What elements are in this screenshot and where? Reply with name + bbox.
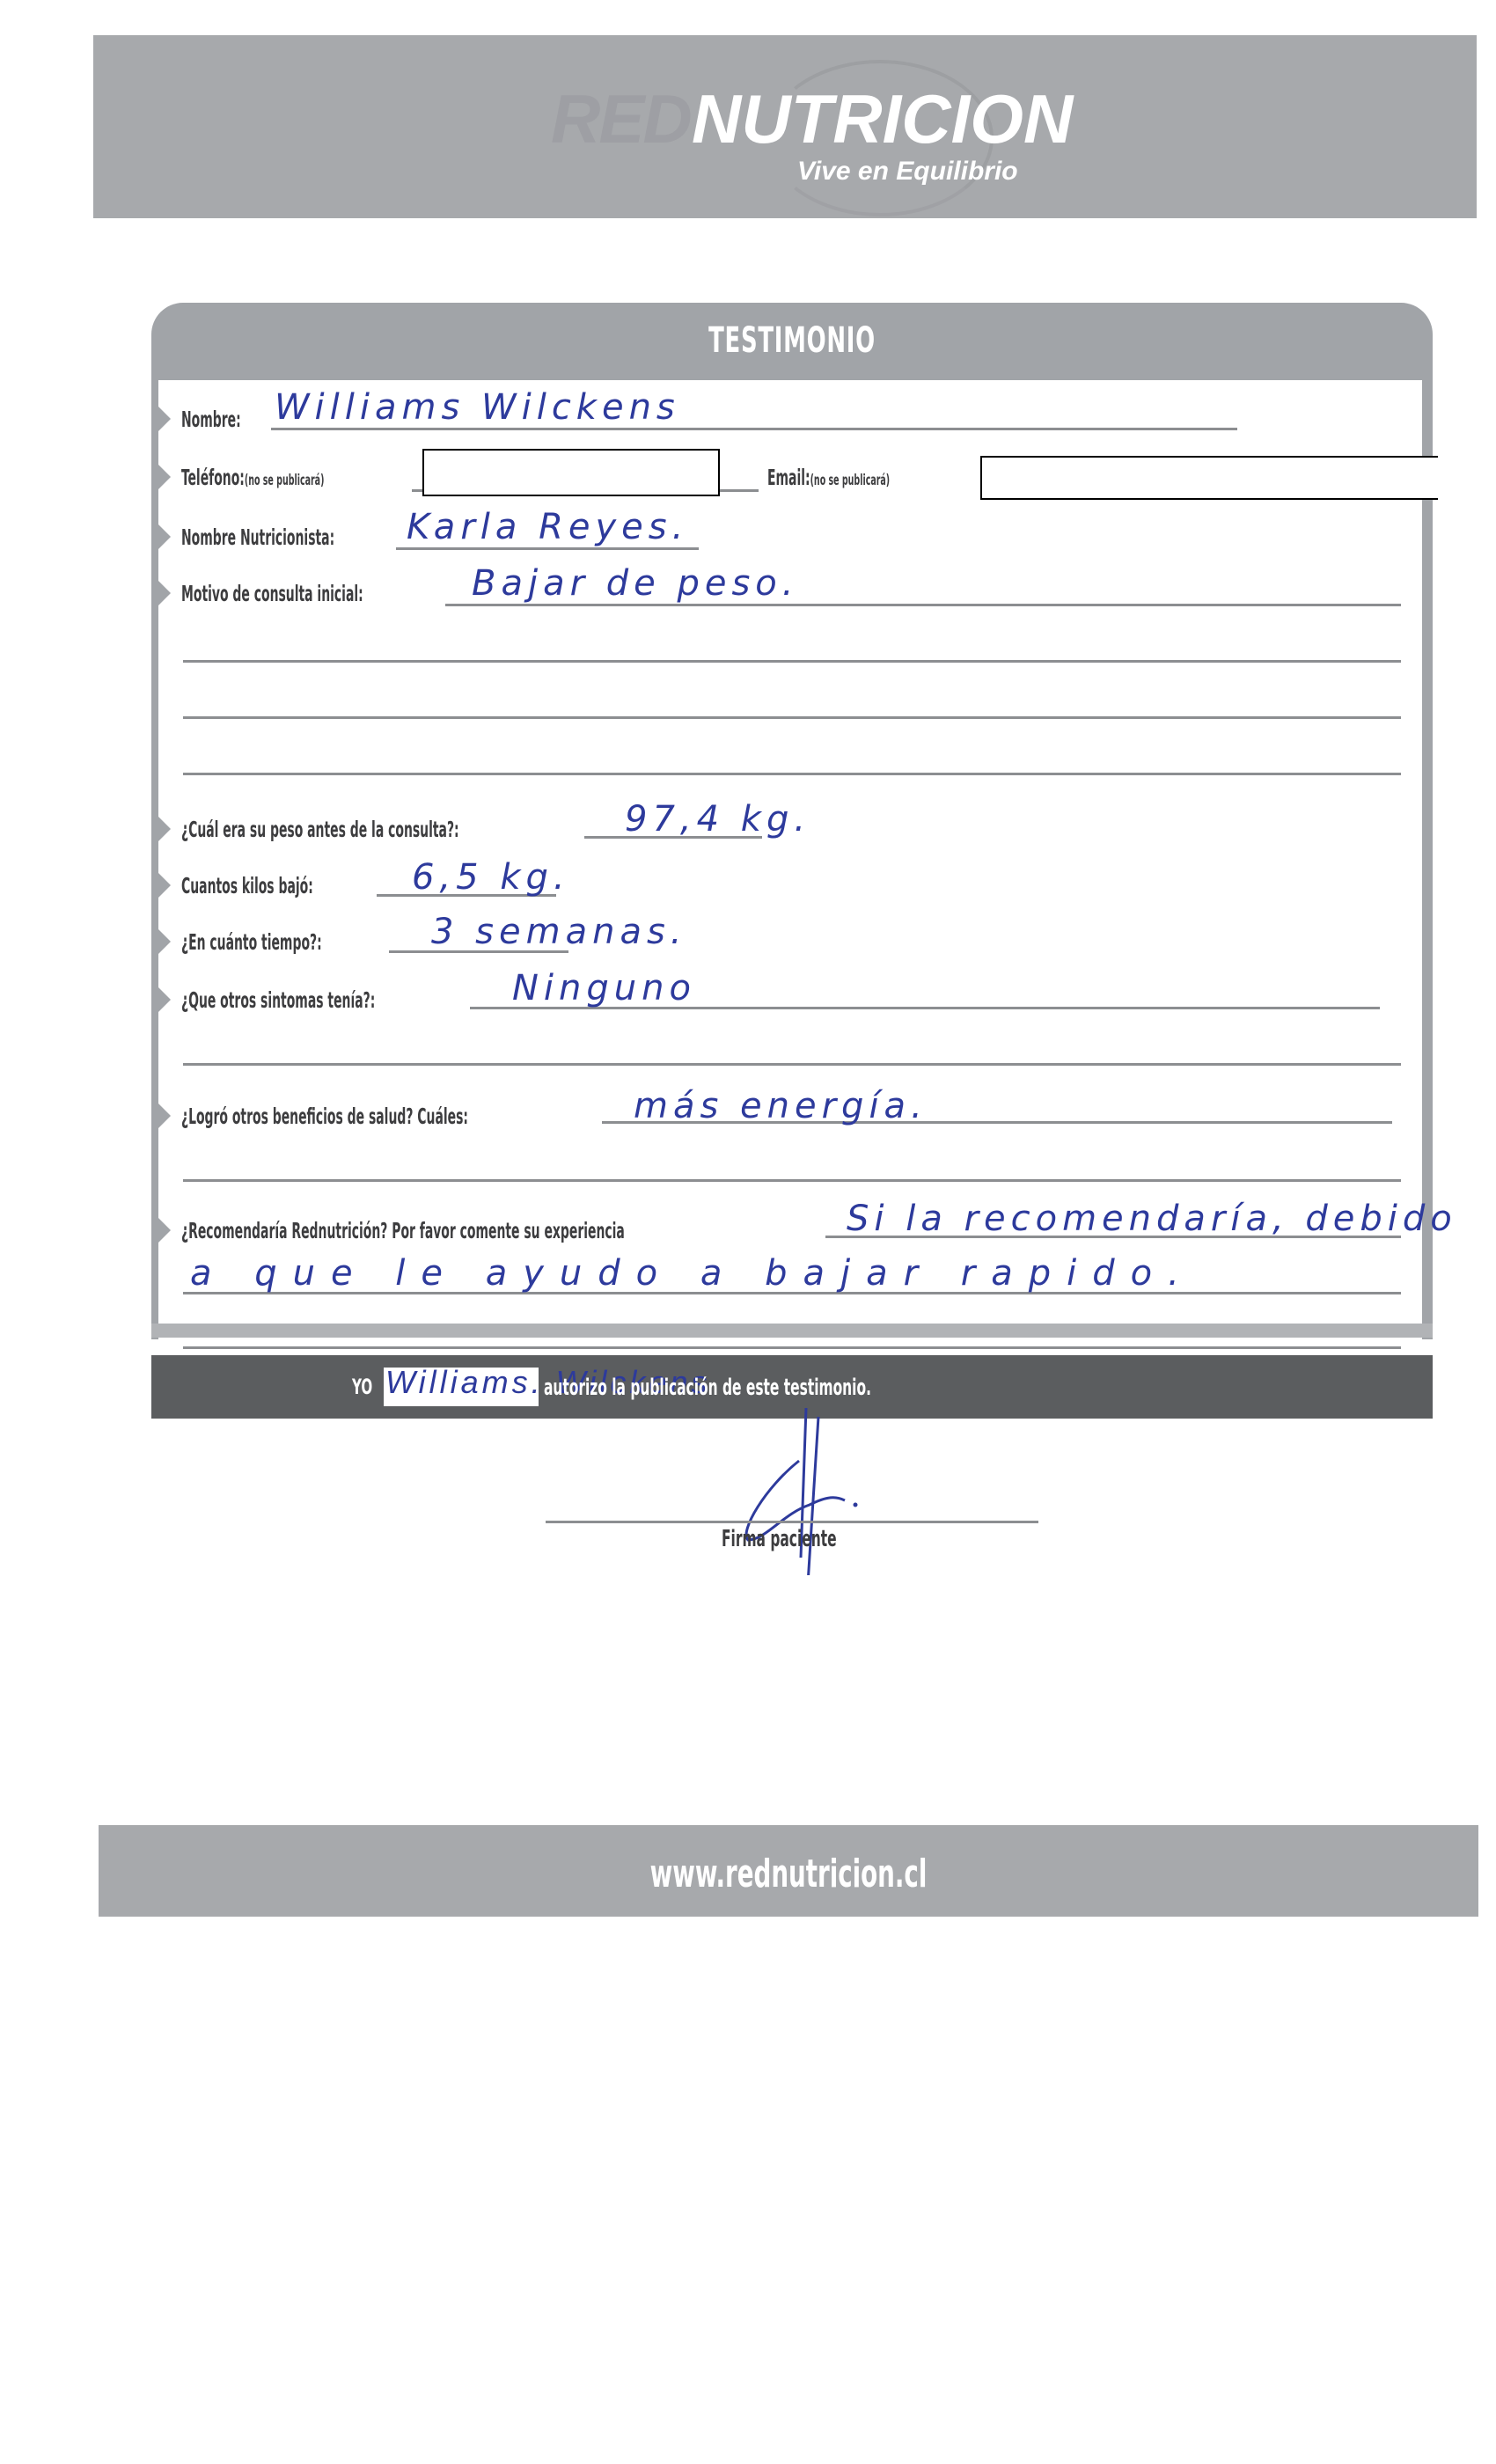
peso-antes-value: 97,4 kg. [625, 799, 810, 840]
nutricionista-value: Karla Reyes. [407, 507, 688, 547]
authorization-prefix: YO [352, 1375, 372, 1399]
nombre-field[interactable] [271, 428, 1237, 430]
beneficios-extra-line[interactable] [183, 1179, 1401, 1182]
field-arrow-icon [158, 1104, 171, 1128]
recomendaria-line-3[interactable] [183, 1346, 1401, 1349]
nutricionista-label: Nombre Nutricionista: [181, 524, 334, 550]
form-bottom-strip [151, 1324, 1433, 1338]
form-header: TESTIMONIO [151, 303, 1433, 380]
footer-banner: www.rednutricion.cl [99, 1825, 1478, 1917]
telefono-label: Teléfono:(no se publicará) [181, 465, 324, 490]
header-banner: RED NUTRICION Vive en Equilibrio [93, 35, 1477, 218]
testimonial-form: TESTIMONIO Nombre: Williams Wilckens Tel… [151, 303, 1433, 1420]
kilos-bajo-label: Cuantos kilos bajó: [181, 873, 313, 898]
field-arrow-icon [158, 465, 171, 489]
sintomas-extra-line[interactable] [183, 1063, 1401, 1066]
field-arrow-icon [158, 581, 171, 605]
field-arrow-icon [158, 1218, 171, 1243]
email-label: Email:(no se publicará) [767, 465, 890, 490]
signature-line [546, 1521, 1038, 1523]
field-arrow-icon [158, 524, 171, 549]
sintomas-label: ¿Que otros sintomas tenía?: [181, 987, 375, 1013]
beneficios-label: ¿Logró otros beneficios de salud? Cuáles… [181, 1104, 468, 1129]
telefono-redaction-box [422, 449, 720, 496]
recomendaria-value-line2: a que le ayudo a bajar rapido. [190, 1253, 1195, 1294]
form-title: TESTIMONIO [331, 320, 1253, 361]
field-arrow-icon [158, 929, 171, 954]
peso-antes-label: ¿Cuál era su peso antes de la consulta?: [181, 817, 459, 842]
motivo-extra-line[interactable] [183, 773, 1401, 775]
signature-label: Firma paciente [722, 1526, 837, 1552]
tiempo-value: 3 semanas. [431, 912, 687, 952]
sintomas-value: Ninguno [512, 968, 696, 1008]
field-arrow-icon [158, 407, 171, 431]
recomendaria-value-line1: Si la recomendaría, debido [847, 1199, 1457, 1239]
recomendaria-label: ¿Recomendaría Rednutrición? Por favor co… [181, 1218, 625, 1243]
nombre-label: Nombre: [181, 407, 241, 432]
signature-area[interactable]: Firma paciente [546, 1417, 1038, 1566]
motivo-value: Bajar de peso. [472, 563, 798, 604]
motivo-extra-line[interactable] [183, 716, 1401, 719]
field-arrow-icon [158, 987, 171, 1012]
beneficios-value: más energía. [634, 1086, 928, 1126]
kilos-bajo-value: 6,5 kg. [412, 857, 570, 898]
tiempo-label: ¿En cuánto tiempo?: [181, 929, 322, 955]
motivo-label: Motivo de consulta inicial: [181, 581, 363, 606]
form-body [151, 380, 1433, 1339]
nutricionista-field[interactable] [396, 547, 699, 550]
website-url[interactable]: www.rednutricion.cl [305, 1852, 1272, 1896]
motivo-field[interactable] [445, 604, 1401, 606]
nombre-value: Williams Wilckens [275, 387, 680, 428]
authorization-text: autorizo la publicación de este testimon… [544, 1375, 871, 1401]
logo-tagline: Vive en Equilibrio [797, 157, 1018, 187]
field-arrow-icon [158, 873, 171, 898]
email-redaction-box[interactable] [980, 456, 1438, 500]
logo-nutricion-text: NUTRICION [692, 79, 1073, 159]
motivo-extra-line[interactable] [183, 660, 1401, 663]
logo-red-text: RED [551, 79, 691, 159]
field-arrow-icon [158, 817, 171, 841]
